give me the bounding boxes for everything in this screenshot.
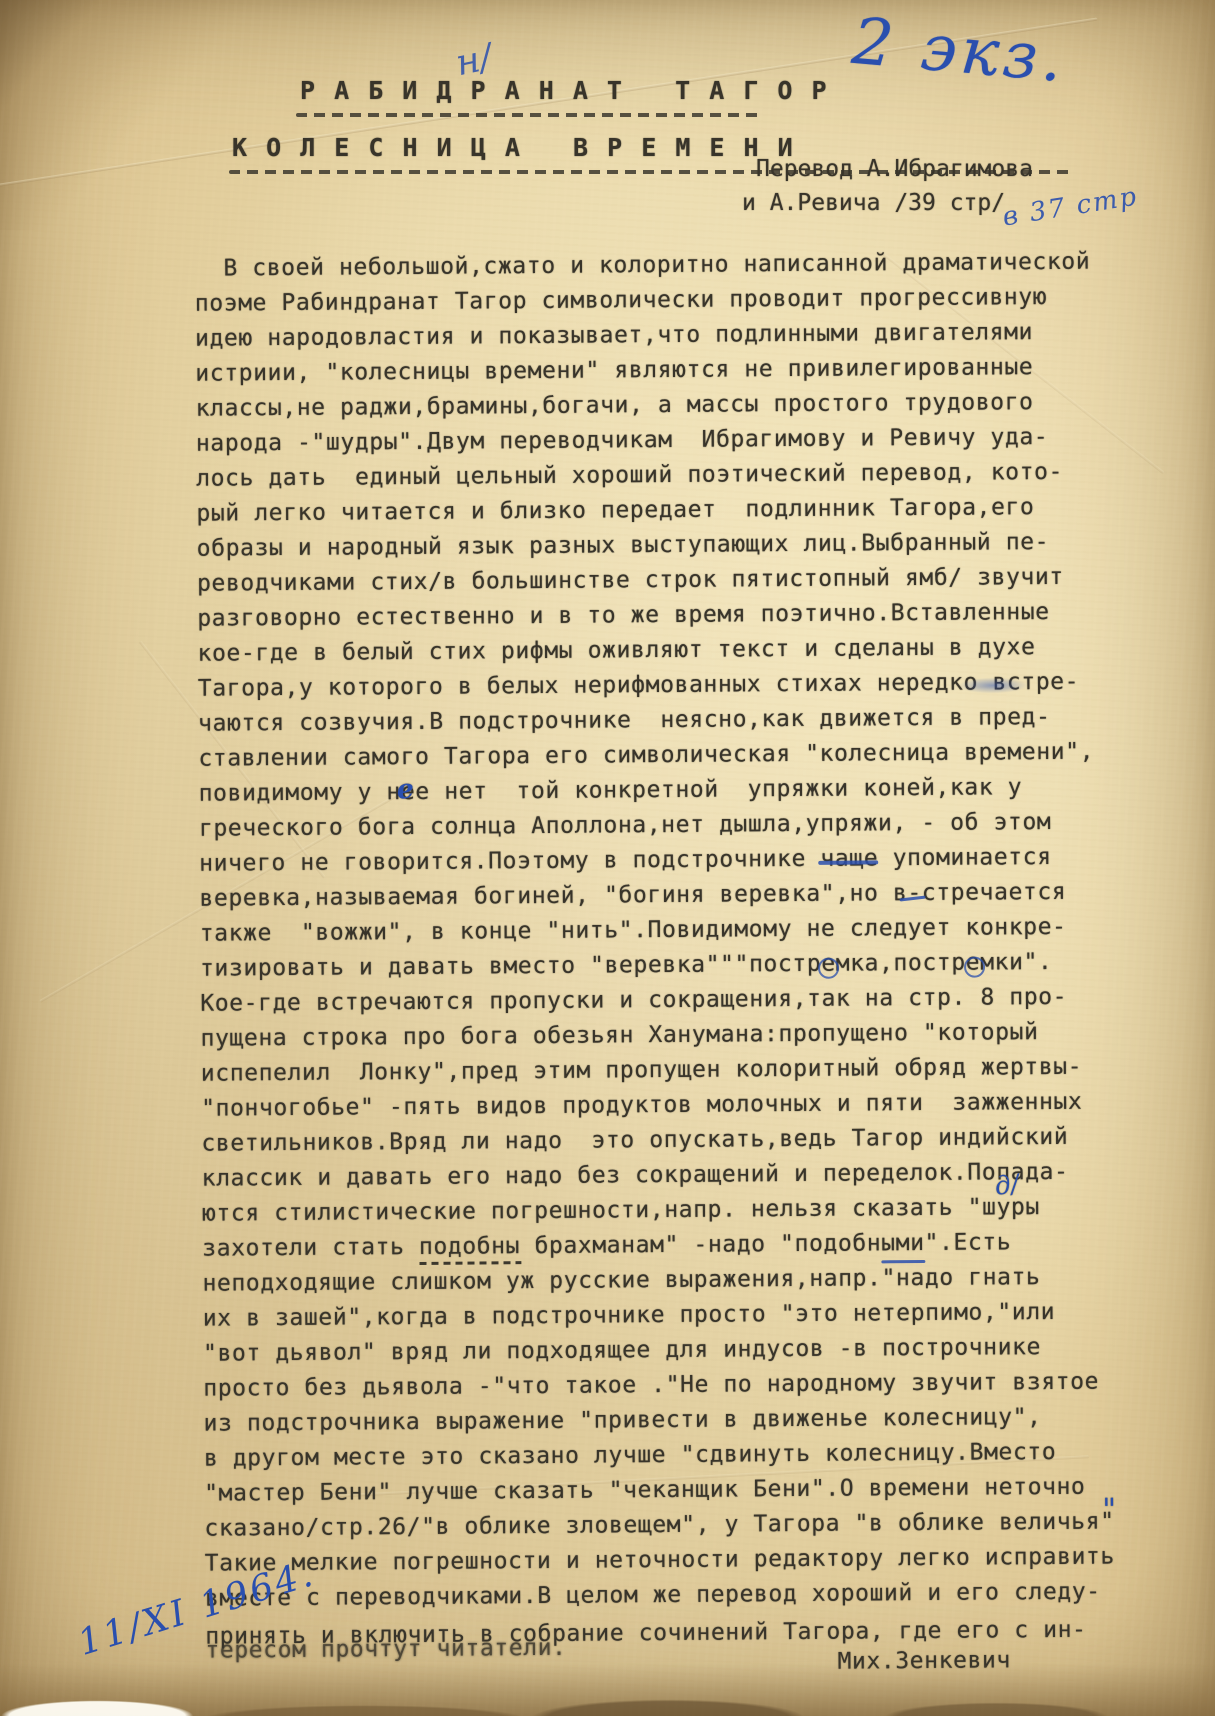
handwritten-added-quote: " [1102, 1493, 1116, 1528]
document-title-work: К О Л Е С Н И Ц А В Р Е М Е Н И [232, 133, 795, 162]
corner-fold-shadow [0, 0, 260, 230]
translator-line-2: и А.Ревича /39 стр/ [742, 190, 1005, 216]
handwritten-letter-insertion: д/ [993, 1169, 1021, 1201]
blue-ink-smudge [958, 677, 1028, 694]
blue-word-underline [881, 1260, 925, 1263]
blue-circle-mark [964, 957, 985, 978]
typed-text-block: В своей небольшой,сжато и колоритно напи… [194, 248, 1145, 1672]
blue-strikethrough-mark [818, 860, 878, 864]
body-text: В своей небольшой,сжато и колоритно напи… [194, 248, 1145, 1672]
translator-line-1: Перевод А.Ибрагимова [756, 156, 1033, 182]
typed-line: вместе с переводчиками.В целом же перево… [205, 1578, 1145, 1620]
document-title-author: Р А Б И Д Р А Н А Т Т А Г О Р [300, 76, 829, 105]
scanned-document-page: { "page": { "title_line1": "Р А Б И Д Р … [0, 0, 1215, 1716]
blue-circle-mark [818, 958, 839, 979]
title-dashed-underline [296, 113, 762, 117]
blue-letter-correction: е [395, 773, 415, 805]
torn-bottom-edge [0, 1646, 1215, 1716]
